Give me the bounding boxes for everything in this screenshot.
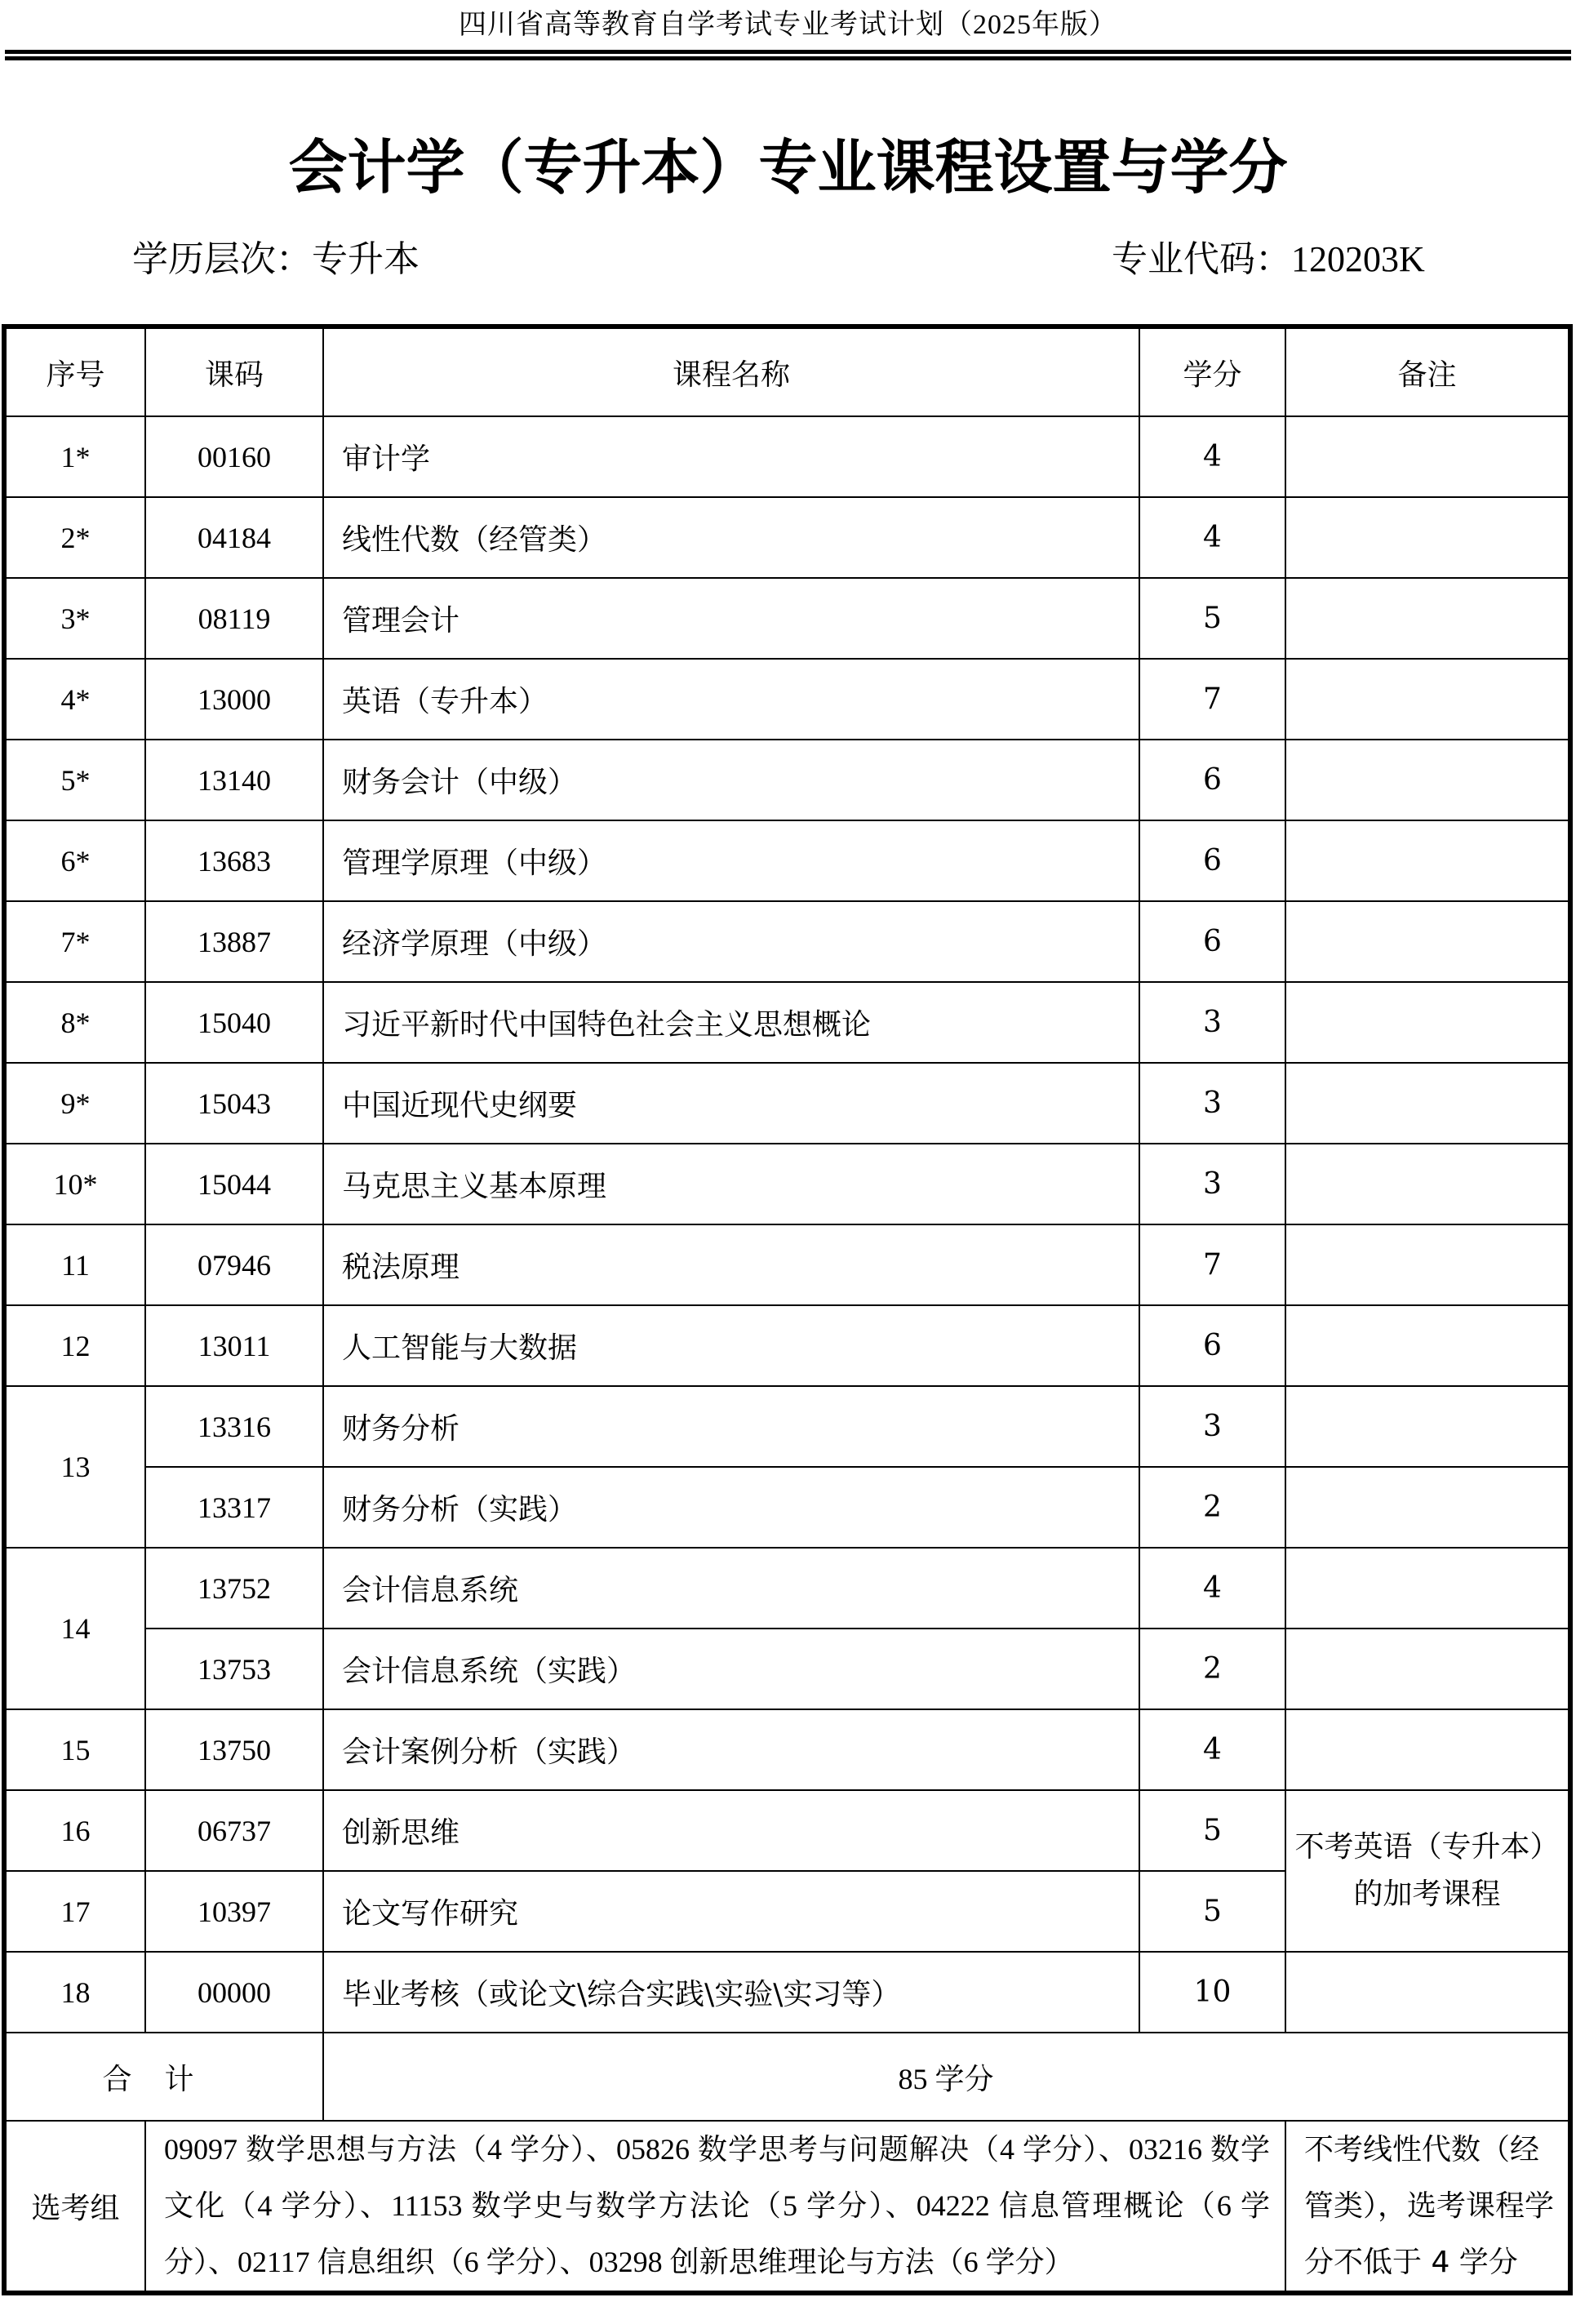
row-credit: 3 xyxy=(1139,982,1285,1063)
row-credit: 4 xyxy=(1139,1709,1285,1790)
row-seq: 17 xyxy=(4,1871,145,1952)
header-code: 课码 xyxy=(145,327,323,416)
row-seq: 16 xyxy=(4,1790,145,1871)
row-seq: 11 xyxy=(4,1224,145,1305)
header-note: 备注 xyxy=(1285,327,1570,416)
row-note xyxy=(1285,659,1570,740)
table-row: 8* 15040 习近平新时代中国特色社会主义思想概论 3 xyxy=(4,982,1570,1063)
row-note xyxy=(1285,497,1570,578)
row-note xyxy=(1285,1144,1570,1224)
header-credit: 学分 xyxy=(1139,327,1285,416)
row-credit: 6 xyxy=(1139,901,1285,982)
row-note xyxy=(1285,1548,1570,1629)
row-code: 06737 xyxy=(145,1790,323,1871)
row-code: 13140 xyxy=(145,740,323,820)
row-name: 财务分析（实践） xyxy=(323,1467,1139,1548)
major-code-label: 专业代码： xyxy=(1112,238,1291,280)
row-credit: 4 xyxy=(1139,416,1285,497)
row-credit: 7 xyxy=(1139,659,1285,740)
header-name: 课程名称 xyxy=(323,327,1139,416)
row-note xyxy=(1285,1467,1570,1548)
row-note xyxy=(1285,1305,1570,1386)
row-name: 管理会计 xyxy=(323,578,1139,659)
table-row: 10* 15044 马克思主义基本原理 3 xyxy=(4,1144,1570,1224)
row-code: 13752 xyxy=(145,1548,323,1629)
row-credit: 6 xyxy=(1139,1305,1285,1386)
row-code: 13887 xyxy=(145,901,323,982)
table-row: 1* 00160 审计学 4 xyxy=(4,416,1570,497)
row-name: 创新思维 xyxy=(323,1790,1139,1871)
table-row: 7* 13887 经济学原理（中级） 6 xyxy=(4,901,1570,982)
row-note xyxy=(1285,901,1570,982)
row-name: 毕业考核（或论文\综合实践\实验\实习等） xyxy=(323,1952,1139,2033)
total-row: 合计 85 学分 xyxy=(4,2033,1570,2121)
table-row: 2* 04184 线性代数（经管类） 4 xyxy=(4,497,1570,578)
row-name: 审计学 xyxy=(323,416,1139,497)
row-name: 人工智能与大数据 xyxy=(323,1305,1139,1386)
row-note xyxy=(1285,1629,1570,1709)
table-row: 15 13750 会计案例分析（实践） 4 xyxy=(4,1709,1570,1790)
row-credit: 3 xyxy=(1139,1144,1285,1224)
row-code: 13011 xyxy=(145,1305,323,1386)
table-header-row: 序号 课码 课程名称 学分 备注 xyxy=(4,327,1570,416)
row-name: 财务会计（中级） xyxy=(323,740,1139,820)
header-rule-bottom xyxy=(5,56,1571,60)
row-seq: 1* xyxy=(4,416,145,497)
table-row: 13753 会计信息系统（实践） 2 xyxy=(4,1629,1570,1709)
row-credit: 6 xyxy=(1139,740,1285,820)
row-credit: 4 xyxy=(1139,497,1285,578)
table-row: 18 00000 毕业考核（或论文\综合实践\实验\实习等） 10 xyxy=(4,1952,1570,2033)
total-value: 85 学分 xyxy=(323,2033,1570,2121)
elective-row: 选考组 09097 数学思想与方法（4 学分）、05826 数学思考与问题解决（… xyxy=(4,2121,1570,2293)
row-code: 00160 xyxy=(145,416,323,497)
row-seq: 15 xyxy=(4,1709,145,1790)
table-row: 14 13752 会计信息系统 4 xyxy=(4,1548,1570,1629)
page-title: 会计学（专升本）专业课程设置与学分 xyxy=(0,131,1576,204)
row-credit: 2 xyxy=(1139,1629,1285,1709)
table-row: 12 13011 人工智能与大数据 6 xyxy=(4,1305,1570,1386)
row-seq: 6* xyxy=(4,820,145,901)
row-credit: 3 xyxy=(1139,1063,1285,1144)
table-row: 9* 15043 中国近现代史纲要 3 xyxy=(4,1063,1570,1144)
row-note xyxy=(1285,982,1570,1063)
row-seq: 4* xyxy=(4,659,145,740)
row-seq: 14 xyxy=(4,1548,145,1709)
row-code: 07946 xyxy=(145,1224,323,1305)
row-seq: 2* xyxy=(4,497,145,578)
row-name: 论文写作研究 xyxy=(323,1871,1139,1952)
row-code: 15040 xyxy=(145,982,323,1063)
row-name: 财务分析 xyxy=(323,1386,1139,1467)
major-code: 专业代码：120203K xyxy=(1112,237,1425,282)
row-seq: 3* xyxy=(4,578,145,659)
table-row: 11 07946 税法原理 7 xyxy=(4,1224,1570,1305)
elective-note: 不考线性代数（经管类），选考课程学分不低于 4 学分 xyxy=(1285,2121,1570,2293)
row-name: 会计信息系统（实践） xyxy=(323,1629,1139,1709)
row-seq: 8* xyxy=(4,982,145,1063)
row-name: 英语（专升本） xyxy=(323,659,1139,740)
elective-courses: 09097 数学思想与方法（4 学分）、05826 数学思考与问题解决（4 学分… xyxy=(145,2121,1285,2293)
row-seq: 5* xyxy=(4,740,145,820)
row-credit: 5 xyxy=(1139,578,1285,659)
education-level-value: 专升本 xyxy=(312,238,420,280)
row-name: 管理学原理（中级） xyxy=(323,820,1139,901)
row-credit: 5 xyxy=(1139,1871,1285,1952)
row-seq: 13 xyxy=(4,1386,145,1548)
row-name: 会计信息系统 xyxy=(323,1548,1139,1629)
row-credit: 2 xyxy=(1139,1467,1285,1548)
row-note xyxy=(1285,1063,1570,1144)
row-note-additional-courses: 不考英语（专升本）的加考课程 xyxy=(1285,1790,1570,1952)
row-name: 税法原理 xyxy=(323,1224,1139,1305)
row-note xyxy=(1285,578,1570,659)
row-credit: 3 xyxy=(1139,1386,1285,1467)
row-code: 13317 xyxy=(145,1467,323,1548)
row-seq: 10* xyxy=(4,1144,145,1224)
row-code: 13753 xyxy=(145,1629,323,1709)
table-row: 6* 13683 管理学原理（中级） 6 xyxy=(4,820,1570,901)
row-note xyxy=(1285,820,1570,901)
row-seq: 7* xyxy=(4,901,145,982)
row-code: 13316 xyxy=(145,1386,323,1467)
row-seq: 12 xyxy=(4,1305,145,1386)
row-name: 经济学原理（中级） xyxy=(323,901,1139,982)
row-note xyxy=(1285,740,1570,820)
elective-label: 选考组 xyxy=(4,2121,145,2293)
education-level-label: 学历层次： xyxy=(132,238,312,280)
table-row: 16 06737 创新思维 5 不考英语（专升本）的加考课程 xyxy=(4,1790,1570,1871)
row-code: 13750 xyxy=(145,1709,323,1790)
table-row: 4* 13000 英语（专升本） 7 xyxy=(4,659,1570,740)
table-row: 5* 13140 财务会计（中级） 6 xyxy=(4,740,1570,820)
course-table: 序号 课码 课程名称 学分 备注 1* 00160 审计学 4 2* 04184… xyxy=(2,324,1573,2295)
row-code: 13683 xyxy=(145,820,323,901)
major-code-value: 120203K xyxy=(1291,239,1425,279)
row-code: 15044 xyxy=(145,1144,323,1224)
table-row: 13317 财务分析（实践） 2 xyxy=(4,1467,1570,1548)
row-note xyxy=(1285,416,1570,497)
row-credit: 10 xyxy=(1139,1952,1285,2033)
running-header: 四川省高等教育自学考试专业考试计划（2025年版） xyxy=(0,8,1576,42)
row-credit: 5 xyxy=(1139,1790,1285,1871)
education-level: 学历层次：专升本 xyxy=(132,237,420,282)
row-credit: 6 xyxy=(1139,820,1285,901)
row-note xyxy=(1285,1952,1570,2033)
row-code: 04184 xyxy=(145,497,323,578)
row-code: 13000 xyxy=(145,659,323,740)
row-seq: 9* xyxy=(4,1063,145,1144)
row-code: 10397 xyxy=(145,1871,323,1952)
row-name: 会计案例分析（实践） xyxy=(323,1709,1139,1790)
row-name: 马克思主义基本原理 xyxy=(323,1144,1139,1224)
row-name: 习近平新时代中国特色社会主义思想概论 xyxy=(323,982,1139,1063)
header-seq: 序号 xyxy=(4,327,145,416)
row-note xyxy=(1285,1709,1570,1790)
table-row: 3* 08119 管理会计 5 xyxy=(4,578,1570,659)
table-row: 13 13316 财务分析 3 xyxy=(4,1386,1570,1467)
row-name: 中国近现代史纲要 xyxy=(323,1063,1139,1144)
row-name: 线性代数（经管类） xyxy=(323,497,1139,578)
row-credit: 7 xyxy=(1139,1224,1285,1305)
row-note xyxy=(1285,1386,1570,1467)
header-rule-top xyxy=(5,50,1571,54)
row-seq: 18 xyxy=(4,1952,145,2033)
row-credit: 4 xyxy=(1139,1548,1285,1629)
row-code: 08119 xyxy=(145,578,323,659)
row-code: 00000 xyxy=(145,1952,323,2033)
row-note xyxy=(1285,1224,1570,1305)
total-label: 合计 xyxy=(4,2033,323,2121)
row-code: 15043 xyxy=(145,1063,323,1144)
